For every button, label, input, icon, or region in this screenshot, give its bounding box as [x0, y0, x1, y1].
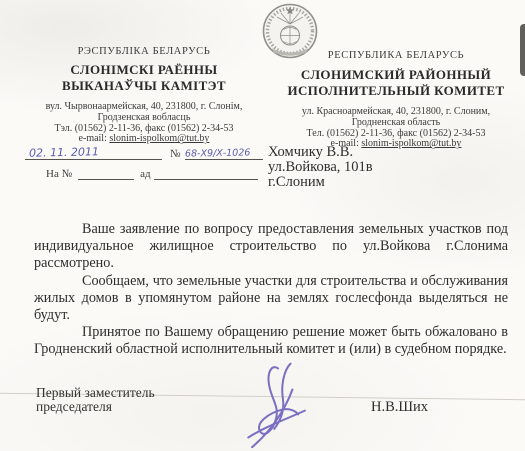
number-sign: № [170, 148, 181, 160]
country-name-by: РЭСПУБЛІКА БЕЛАРУСЬ [18, 46, 270, 57]
date-number-row: 02. 11. 2011 № 68-Х9/Х-1026 [25, 146, 263, 160]
handwritten-date: 02. 11. 2011 [29, 145, 99, 159]
incoming-date-field [154, 179, 258, 180]
letter-body: Ваше заявление по вопросу предоставления… [34, 221, 508, 359]
header-belarusian: РЭСПУБЛІКА БЕЛАРУСЬ СЛОНІМСКІ РАЁННЫ ВЫК… [18, 46, 270, 145]
incoming-reference-row: На № ад [46, 168, 258, 180]
email-address: slonim-ispolkom@tut.by [361, 138, 461, 149]
handwritten-number: 68-Х9/Х-1026 [184, 147, 250, 159]
body-paragraph-3: Принятое по Вашему обращению решение мож… [34, 324, 508, 358]
org-name-ru: СЛОНИМСКИЙ РАЙОННЫЙ ИСПОЛНИТЕЛЬНЫЙ КОМИТ… [270, 67, 522, 99]
body-paragraph-1: Ваше заявление по вопросу предоставления… [34, 221, 508, 273]
addressee-city: г.Слоним [268, 176, 373, 190]
email-address: slonim-ispolkom@tut.by [109, 133, 209, 144]
org-address-by: вул. Чырвонаармейская, 40, 231800, г. Сл… [18, 102, 270, 145]
incoming-number-field [78, 179, 134, 180]
on-number-label: На № [46, 168, 72, 180]
date-field: 02. 11. 2011 [25, 146, 162, 160]
scan-smudge-artifact [520, 24, 525, 76]
body-paragraph-2: Сообщаем, что земельные участки для стро… [34, 273, 508, 325]
outgoing-number-field: 68-Х9/Х-1026 [185, 147, 263, 160]
addressee-name: Хомчику В.В. [268, 146, 373, 160]
signer-name: Н.В.Ших [371, 399, 428, 416]
signer-title: Первый заместитель председателя [36, 386, 155, 414]
country-name-ru: РЕСПУБЛИКА БЕЛАРУСЬ [270, 50, 522, 61]
scanned-letter: РЭСПУБЛІКА БЕЛАРУСЬ СЛОНІМСКІ РАЁННЫ ВЫК… [0, 0, 525, 451]
addressee-block: Хомчику В.В. ул.Войкова, 101в г.Слоним [268, 146, 373, 190]
addressee-street: ул.Войкова, 101в [268, 161, 373, 175]
header-russian: РЕСПУБЛИКА БЕЛАРУСЬ СЛОНИМСКИЙ РАЙОННЫЙ … [270, 50, 522, 150]
from-label: ад [140, 168, 150, 180]
org-name-by: СЛОНІМСКІ РАЁННЫ ВЫКАНАЎЧЫ КАМІТЭТ [18, 62, 270, 94]
handwritten-signature [234, 355, 324, 449]
email-line-by: e-mail: slonim-ispolkom@tut.by [18, 134, 270, 145]
